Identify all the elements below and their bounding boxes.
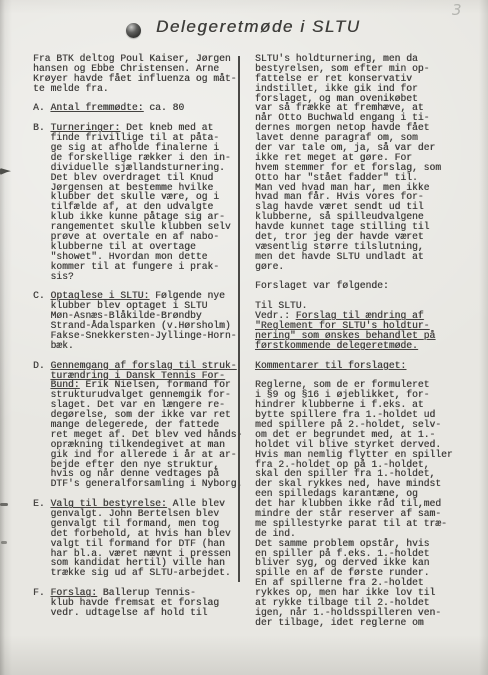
column-divider-rule xyxy=(238,56,240,582)
text-line: te melde fra. xyxy=(33,84,239,94)
text-line: DTF's generalforsamling i Nyborg. xyxy=(33,479,239,489)
text-segment: der tilbage, idet reglerne om xyxy=(255,617,424,628)
text-segment: førstkommende delegeretmøde. xyxy=(255,340,418,351)
text-segment: DTF's generalforsamling i Nyborg. xyxy=(33,478,242,489)
text-line: gøre. xyxy=(255,262,467,272)
left-column: Fra BTK deltog Poul Kaiser, Jørgenhansen… xyxy=(33,54,239,618)
scan-edge-mark xyxy=(0,168,11,175)
text-line: men det havde SLTU undladt at xyxy=(255,252,467,262)
right-column: SLTU's holdturnering, men dabestyrelsen,… xyxy=(255,54,467,628)
text-line: Kommentarer til forslaget: xyxy=(255,361,467,371)
text-segment: Antal fremmødte: xyxy=(50,102,143,113)
page-number: 3 xyxy=(452,1,462,19)
scan-edge-mark xyxy=(0,503,8,506)
text-segment: te melde fra. xyxy=(33,83,109,94)
text-line: trække sig ud af SLTU-arbejdet. xyxy=(33,568,239,578)
text-line: sis? xyxy=(33,272,239,282)
text-segment: ca. 80 xyxy=(143,102,184,113)
text-segment: bæk. xyxy=(33,340,74,351)
scan-edge-mark xyxy=(1,541,7,544)
text-line: førstkommende delegeretmøde. xyxy=(255,341,467,351)
text-segment: vedr. udtagelse af hold til xyxy=(33,607,207,618)
text-line: bæk. xyxy=(33,341,239,351)
text-segment: Kommentarer til forslaget: xyxy=(255,360,406,371)
text-line: vedr. udtagelse af hold til xyxy=(33,608,239,618)
text-line: der tilbage, idet reglerne om xyxy=(255,618,467,628)
scanned-document-page: 3 Delegeretmøde i SLTU Fra BTK deltog Po… xyxy=(0,0,488,675)
text-segment: trække sig ud af SLTU-arbejdet. xyxy=(33,567,231,578)
text-line: A. Antal fremmødte: ca. 80 xyxy=(33,103,239,113)
page-title: Delegeretmøde i SLTU xyxy=(156,17,361,37)
title-bullet-ball-icon xyxy=(126,23,141,38)
text-segment: Forslaget var følgende: xyxy=(255,280,389,291)
text-line: Forslaget var følgende: xyxy=(255,281,467,291)
text-segment: sis? xyxy=(33,271,74,282)
